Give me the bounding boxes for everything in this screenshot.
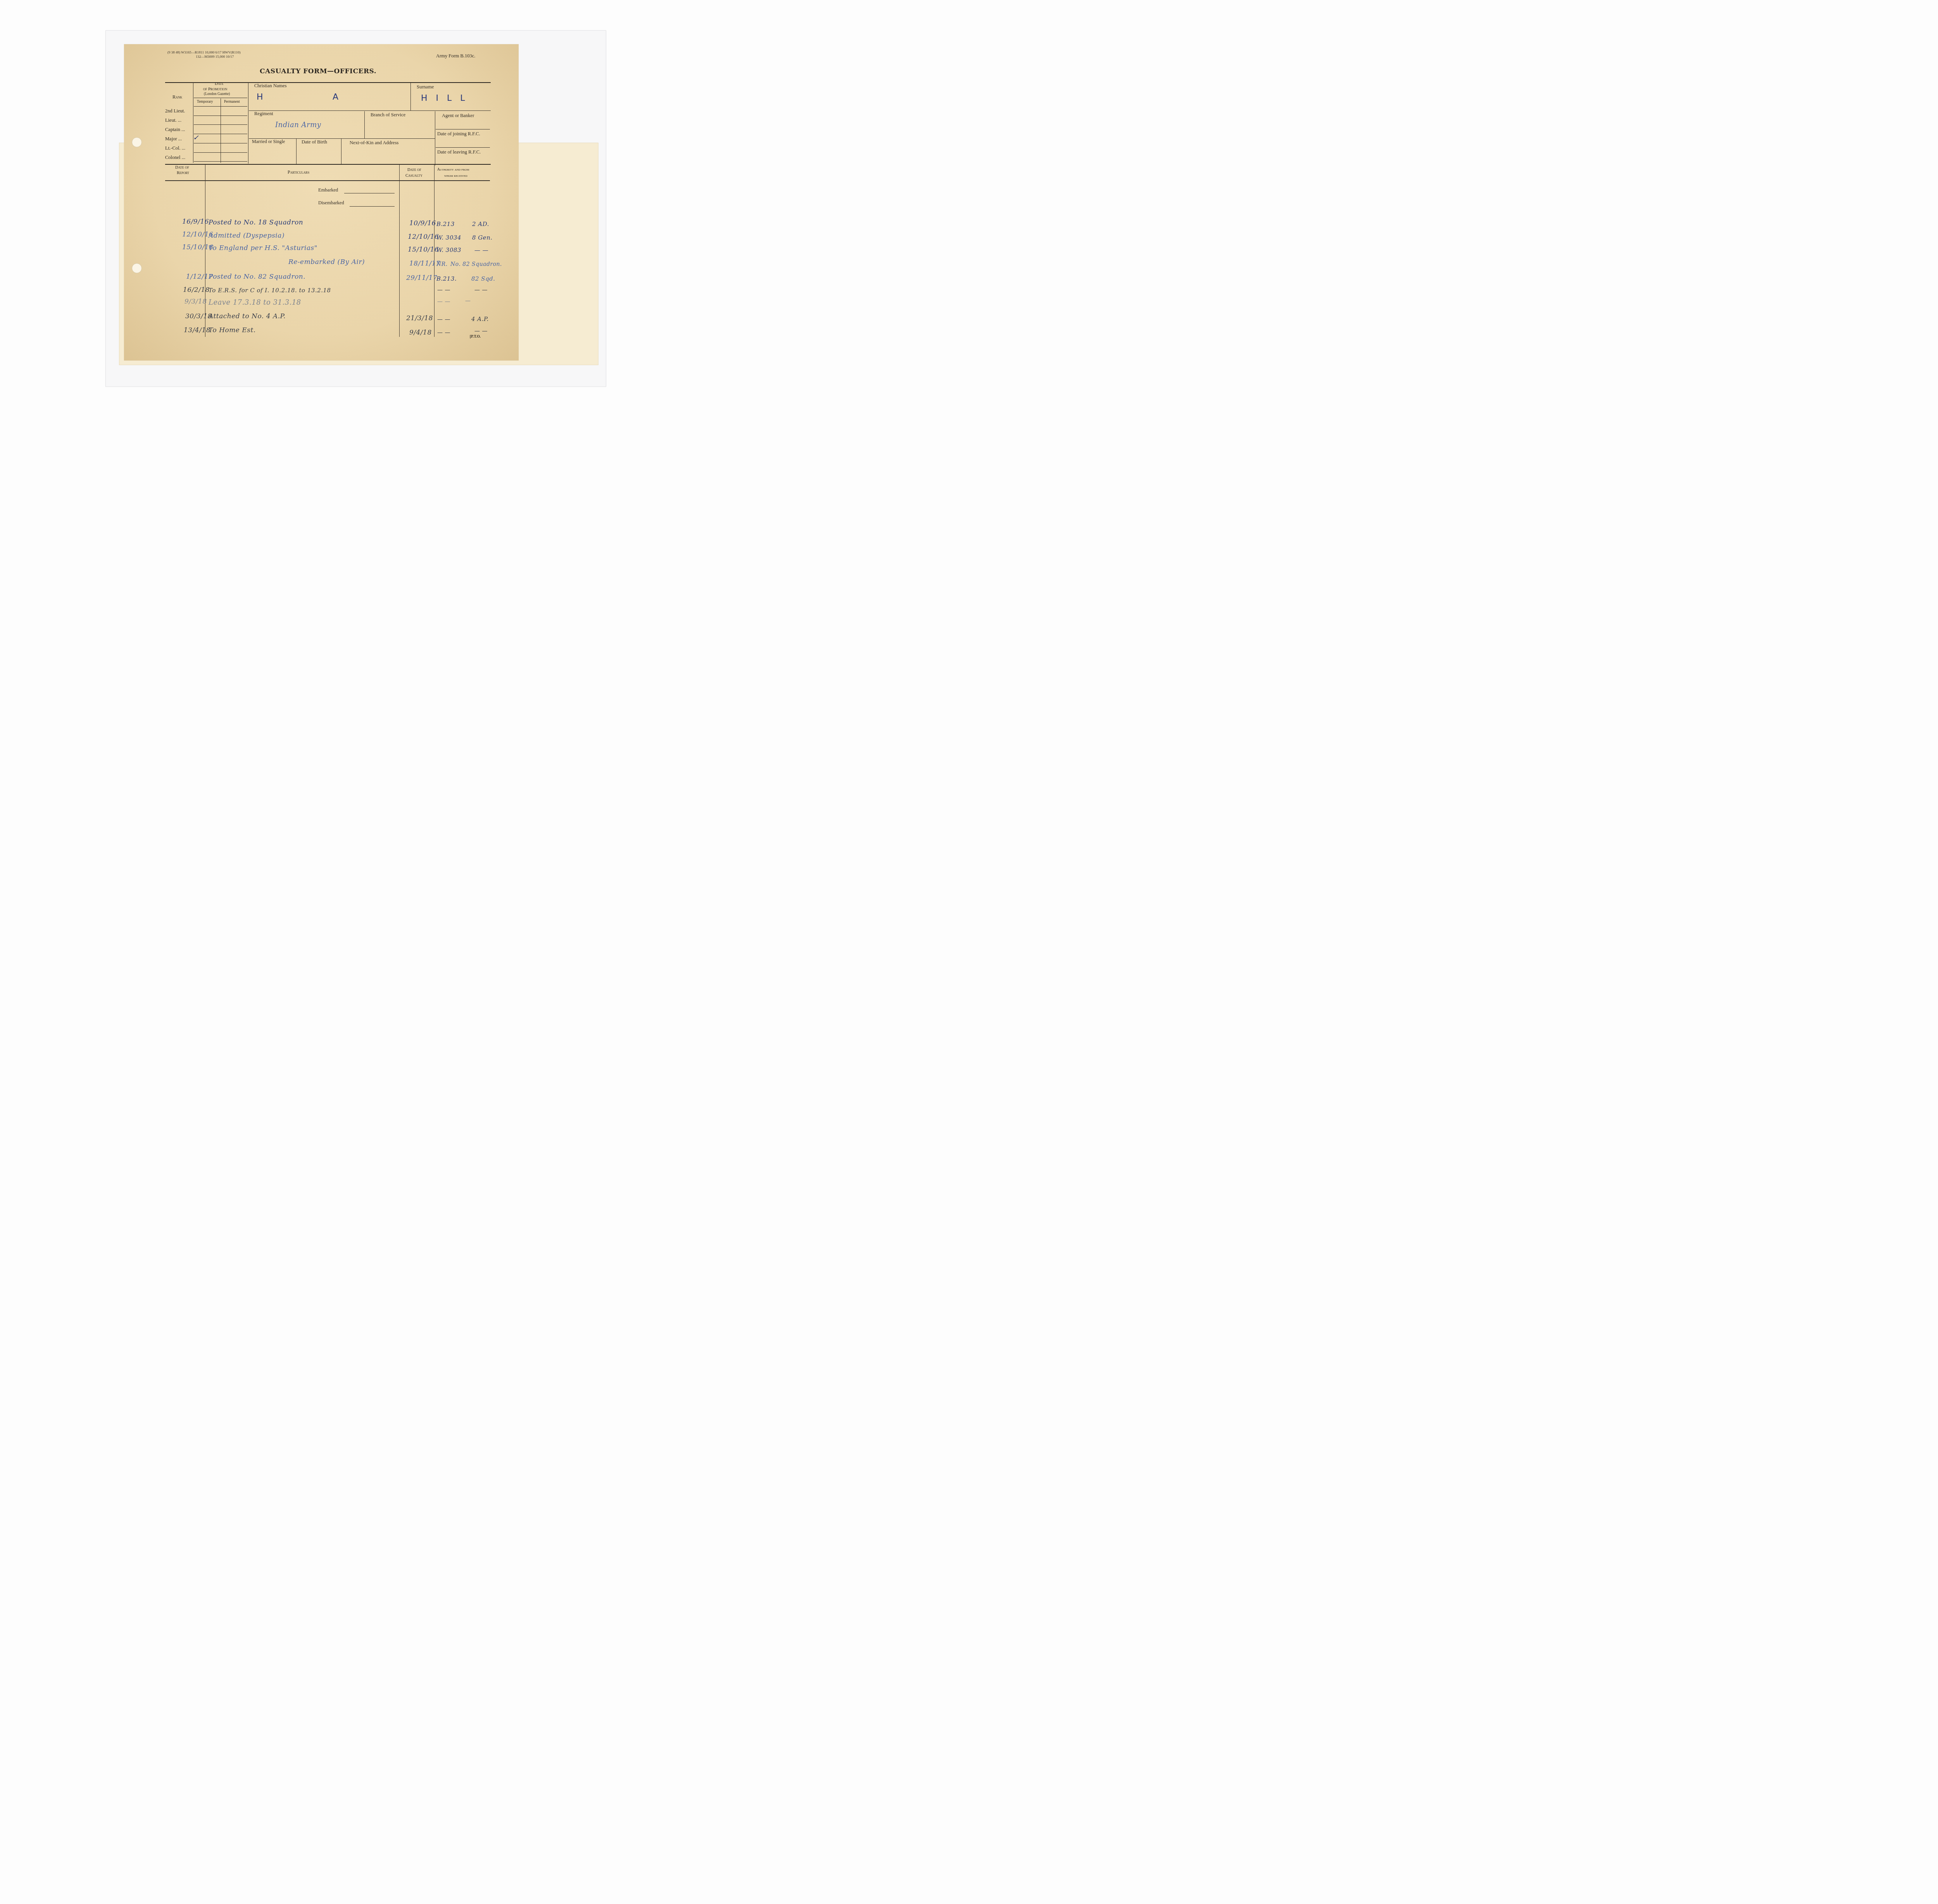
authority-row-0: B.213 bbox=[436, 221, 455, 228]
date-of-report-header-1: Date of bbox=[175, 165, 189, 170]
agent-or-banker-label: Agent or Banker bbox=[442, 113, 474, 119]
particulars-row-7: Attached to No. 4 A.P. bbox=[209, 312, 286, 320]
report-date-row-8: 13/4/18 bbox=[184, 326, 210, 334]
casualty-date-row-2: 15/10/16 bbox=[408, 246, 439, 254]
agent-bottom-rule bbox=[436, 129, 490, 129]
rank-row-rule-3 bbox=[194, 134, 247, 134]
report-date-row-5: 16/2/18 bbox=[183, 286, 210, 294]
rank-row-rule-4 bbox=[194, 143, 247, 143]
authority-row-3: NR. bbox=[436, 261, 448, 267]
date-of-report-header-2: Report bbox=[177, 171, 189, 175]
casualty-date-row-4: 29/11/17 bbox=[406, 274, 437, 282]
print-code-line-1: (9 38 48) W3165—R1811 10,000 6/17 HWV(R1… bbox=[167, 50, 240, 55]
received-from-row-7: 4 A.P. bbox=[471, 316, 489, 323]
christian-name-initial-2: A bbox=[333, 92, 347, 102]
date-joining-rfc-label: Date of joining R.F.C. bbox=[437, 131, 480, 137]
received-from-row-2: — — bbox=[474, 247, 488, 254]
promotion-header-1: Date bbox=[215, 81, 224, 86]
authority-row-5: — — bbox=[437, 287, 450, 293]
casualty-date-row-8: 9/4/18 bbox=[409, 329, 432, 336]
particulars-row-0: Posted to No. 18 Squadron bbox=[209, 219, 303, 226]
embarked-label: Embarked bbox=[318, 187, 338, 193]
divider-rank bbox=[193, 82, 193, 163]
divider-particulars-casualty bbox=[399, 164, 400, 337]
particulars-row-8: To Home Est. bbox=[209, 326, 256, 334]
rank-major: Major ... bbox=[165, 136, 182, 142]
casualty-date-row-7: 21/3/18 bbox=[406, 314, 433, 322]
form-number: Army Form B.103c. bbox=[436, 53, 475, 59]
top-rule bbox=[165, 82, 491, 83]
christian-name-initial-1: H bbox=[257, 92, 272, 102]
christian-names-label: Christian Names bbox=[254, 83, 287, 89]
casualty-date-row-3: 18/11/17 bbox=[409, 260, 440, 267]
particulars-row-5: To E.R.S. for C of I. 10.2.18. to 13.2.1… bbox=[209, 287, 331, 294]
regiment-value: Indian Army bbox=[275, 121, 321, 129]
punch-hole-top bbox=[132, 137, 142, 147]
surname-label: Surname bbox=[417, 84, 434, 90]
authority-row-7: — — bbox=[437, 316, 450, 323]
particulars-row-6: Leave 17.3.18 to 31.3.18 bbox=[209, 298, 301, 307]
authority-header-1: Authority and from bbox=[437, 168, 469, 172]
promotion-header-2: of Promotion bbox=[203, 87, 227, 91]
rank-row-rule-1 bbox=[194, 116, 247, 116]
rank-2nd-lieut: 2nd Lieut. bbox=[165, 108, 185, 114]
rank-colonel: Colonel ... bbox=[165, 155, 185, 160]
promotion-header-3: (London Gazette) bbox=[204, 92, 230, 96]
authority-header-2: whom received bbox=[444, 174, 467, 178]
divider-promotion bbox=[248, 82, 248, 164]
divider-surname bbox=[410, 83, 411, 111]
divider-temp-perm bbox=[221, 98, 221, 163]
date-leaving-rfc-label: Date of leaving R.F.C. bbox=[437, 149, 481, 155]
particulars-row-3: Re-embarked (By Air) bbox=[288, 258, 365, 266]
authority-row-2: W. 3083 bbox=[436, 247, 461, 254]
authority-row-1: W. 3034 bbox=[436, 234, 461, 241]
temporary-header: Temporary bbox=[197, 100, 213, 104]
date-of-casualty-header-1: Date of bbox=[407, 167, 421, 172]
particulars-row-2: To England per H.S. "Asturias" bbox=[209, 244, 317, 252]
received-from-row-8: — — bbox=[474, 328, 488, 334]
rank-lieut: Lieut. ... bbox=[165, 117, 181, 123]
embarked-line bbox=[344, 193, 395, 193]
report-date-row-0: 16/9/16 bbox=[182, 218, 209, 226]
rank-header: Rank bbox=[172, 94, 182, 100]
rank-captain: Captain ... bbox=[165, 127, 185, 133]
married-or-single-label: Married or Single bbox=[252, 139, 285, 145]
date-of-birth-label: Date of Birth bbox=[302, 139, 327, 145]
rank-row-rule-2 bbox=[194, 124, 247, 125]
branch-of-service-label: Branch of Service bbox=[371, 112, 405, 118]
permanent-header: Permanent bbox=[224, 100, 240, 104]
particulars-row-4: Posted to No. 82 Squadron. bbox=[209, 273, 305, 281]
rank-row-rule-5 bbox=[194, 152, 247, 153]
divider-dob bbox=[296, 139, 297, 164]
received-from-row-1: 8 Gen. bbox=[472, 234, 493, 241]
received-from-row-5: — — bbox=[474, 287, 488, 293]
rank-lt-col: Lt.-Col. ... bbox=[165, 145, 185, 151]
casualty-form-sheet: (9 38 48) W3165—R1811 10,000 6/17 HWV(R1… bbox=[124, 44, 519, 360]
received-from-row-3: No. 82 Squadron. bbox=[450, 261, 502, 267]
regiment-label: Regiment bbox=[254, 111, 273, 117]
disembarked-label: Disembarked bbox=[318, 200, 344, 206]
report-date-row-7: 30/3/18 bbox=[185, 312, 212, 320]
records-header-rule bbox=[165, 180, 490, 181]
received-from-row-0: 2 AD. bbox=[472, 221, 489, 228]
records-top-rule bbox=[165, 164, 491, 165]
divider-branch bbox=[364, 111, 365, 138]
form-title: CASUALTY FORM—OFFICERS. bbox=[260, 67, 376, 75]
casualty-date-row-0: 10/9/16 bbox=[409, 219, 436, 227]
authority-row-4: B.213. bbox=[436, 275, 457, 282]
date-of-casualty-header-2: Casualty bbox=[405, 173, 422, 178]
please-turn-over-note: [P.T.O. bbox=[470, 335, 481, 339]
report-date-row-6: 9/3/18 bbox=[184, 298, 207, 305]
next-of-kin-label: Next-of-Kin and Address bbox=[350, 140, 398, 146]
punch-hole-bottom bbox=[132, 263, 142, 273]
print-code-line-2: 132—M3009 15,000 10/17 bbox=[196, 55, 234, 59]
received-from-row-6: — bbox=[465, 298, 471, 304]
particulars-row-1: Admitted (Dyspepsia) bbox=[209, 232, 284, 240]
casualty-date-row-1: 12/10/16 bbox=[408, 233, 439, 241]
divider-agent bbox=[435, 111, 435, 166]
surname-value: HILL bbox=[421, 93, 474, 103]
major-tick-mark: ✓ bbox=[193, 134, 199, 142]
authority-row-8: — — bbox=[437, 329, 450, 336]
rank-row-rule-6 bbox=[194, 161, 247, 162]
authority-row-6: — — bbox=[437, 298, 450, 305]
promotion-subheader-rule bbox=[194, 98, 247, 98]
promotion-colhead-rule bbox=[194, 106, 247, 107]
joining-bottom-rule bbox=[436, 147, 490, 148]
received-from-row-4: 82 Sqd. bbox=[471, 275, 495, 282]
divider-next-of-kin bbox=[341, 139, 341, 164]
disembarked-line bbox=[350, 206, 395, 207]
particulars-header: Particulars bbox=[288, 170, 309, 175]
names-bottom-rule bbox=[249, 110, 491, 111]
